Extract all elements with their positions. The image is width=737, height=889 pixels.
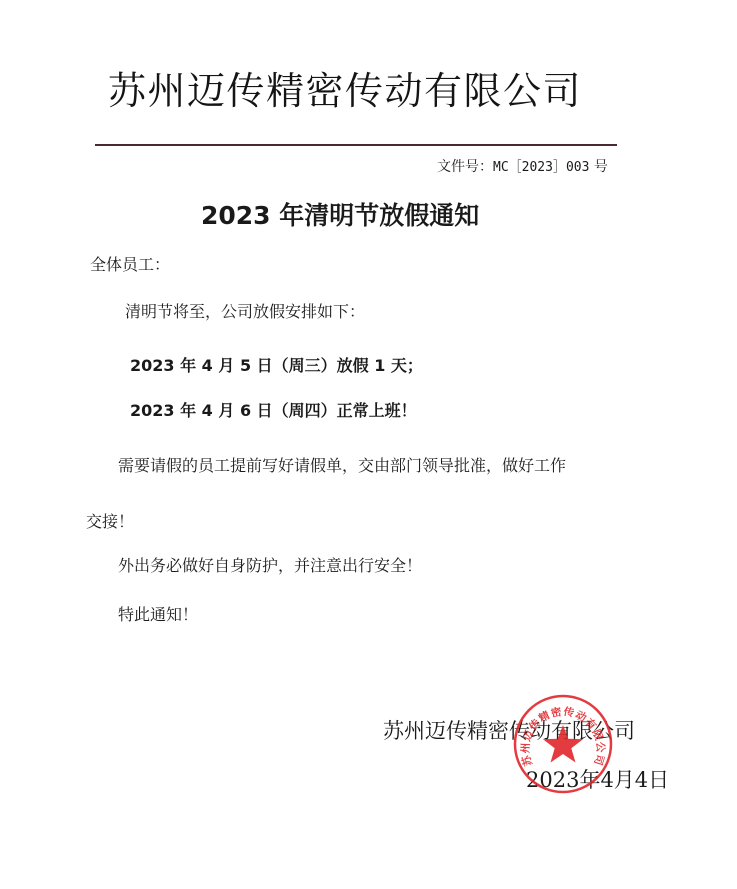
document-number-suffix: 号 <box>589 159 607 175</box>
company-seal-stamp: 苏州迈传精密传动有限公司 <box>512 693 614 795</box>
holiday-date-line: 2023 年 4 月 5 日（周三）放假 1 天； <box>130 354 423 378</box>
return-to-work-line: 2023 年 4 月 6 日（周四）正常上班！ <box>130 399 417 423</box>
seal-graphic: 苏州迈传精密传动有限公司 <box>512 693 614 795</box>
leave-request-paragraph-continued: 交接！ <box>86 510 134 534</box>
safety-reminder-paragraph: 外出务必做好自身防护，并注意出行安全！ <box>118 554 422 578</box>
leave-request-paragraph: 需要请假的员工提前写好请假单，交由部门领导批准，做好工作 <box>118 454 566 478</box>
star-icon <box>543 725 583 763</box>
document-number: 文件号：MC［2023］003 号 <box>437 156 608 179</box>
salutation: 全体员工： <box>90 253 170 277</box>
letterhead-company-name: 苏州迈传精密传动有限公司 <box>108 66 582 116</box>
document-number-code: MC［2023］003 <box>493 160 589 175</box>
intro-paragraph: 清明节将至，公司放假安排如下： <box>125 300 365 324</box>
notice-title: 2023 年清明节放假通知 <box>201 198 479 234</box>
letterhead-divider <box>95 144 617 146</box>
closing-line: 特此通知！ <box>118 603 198 627</box>
document-number-label: 文件号： <box>437 159 493 175</box>
